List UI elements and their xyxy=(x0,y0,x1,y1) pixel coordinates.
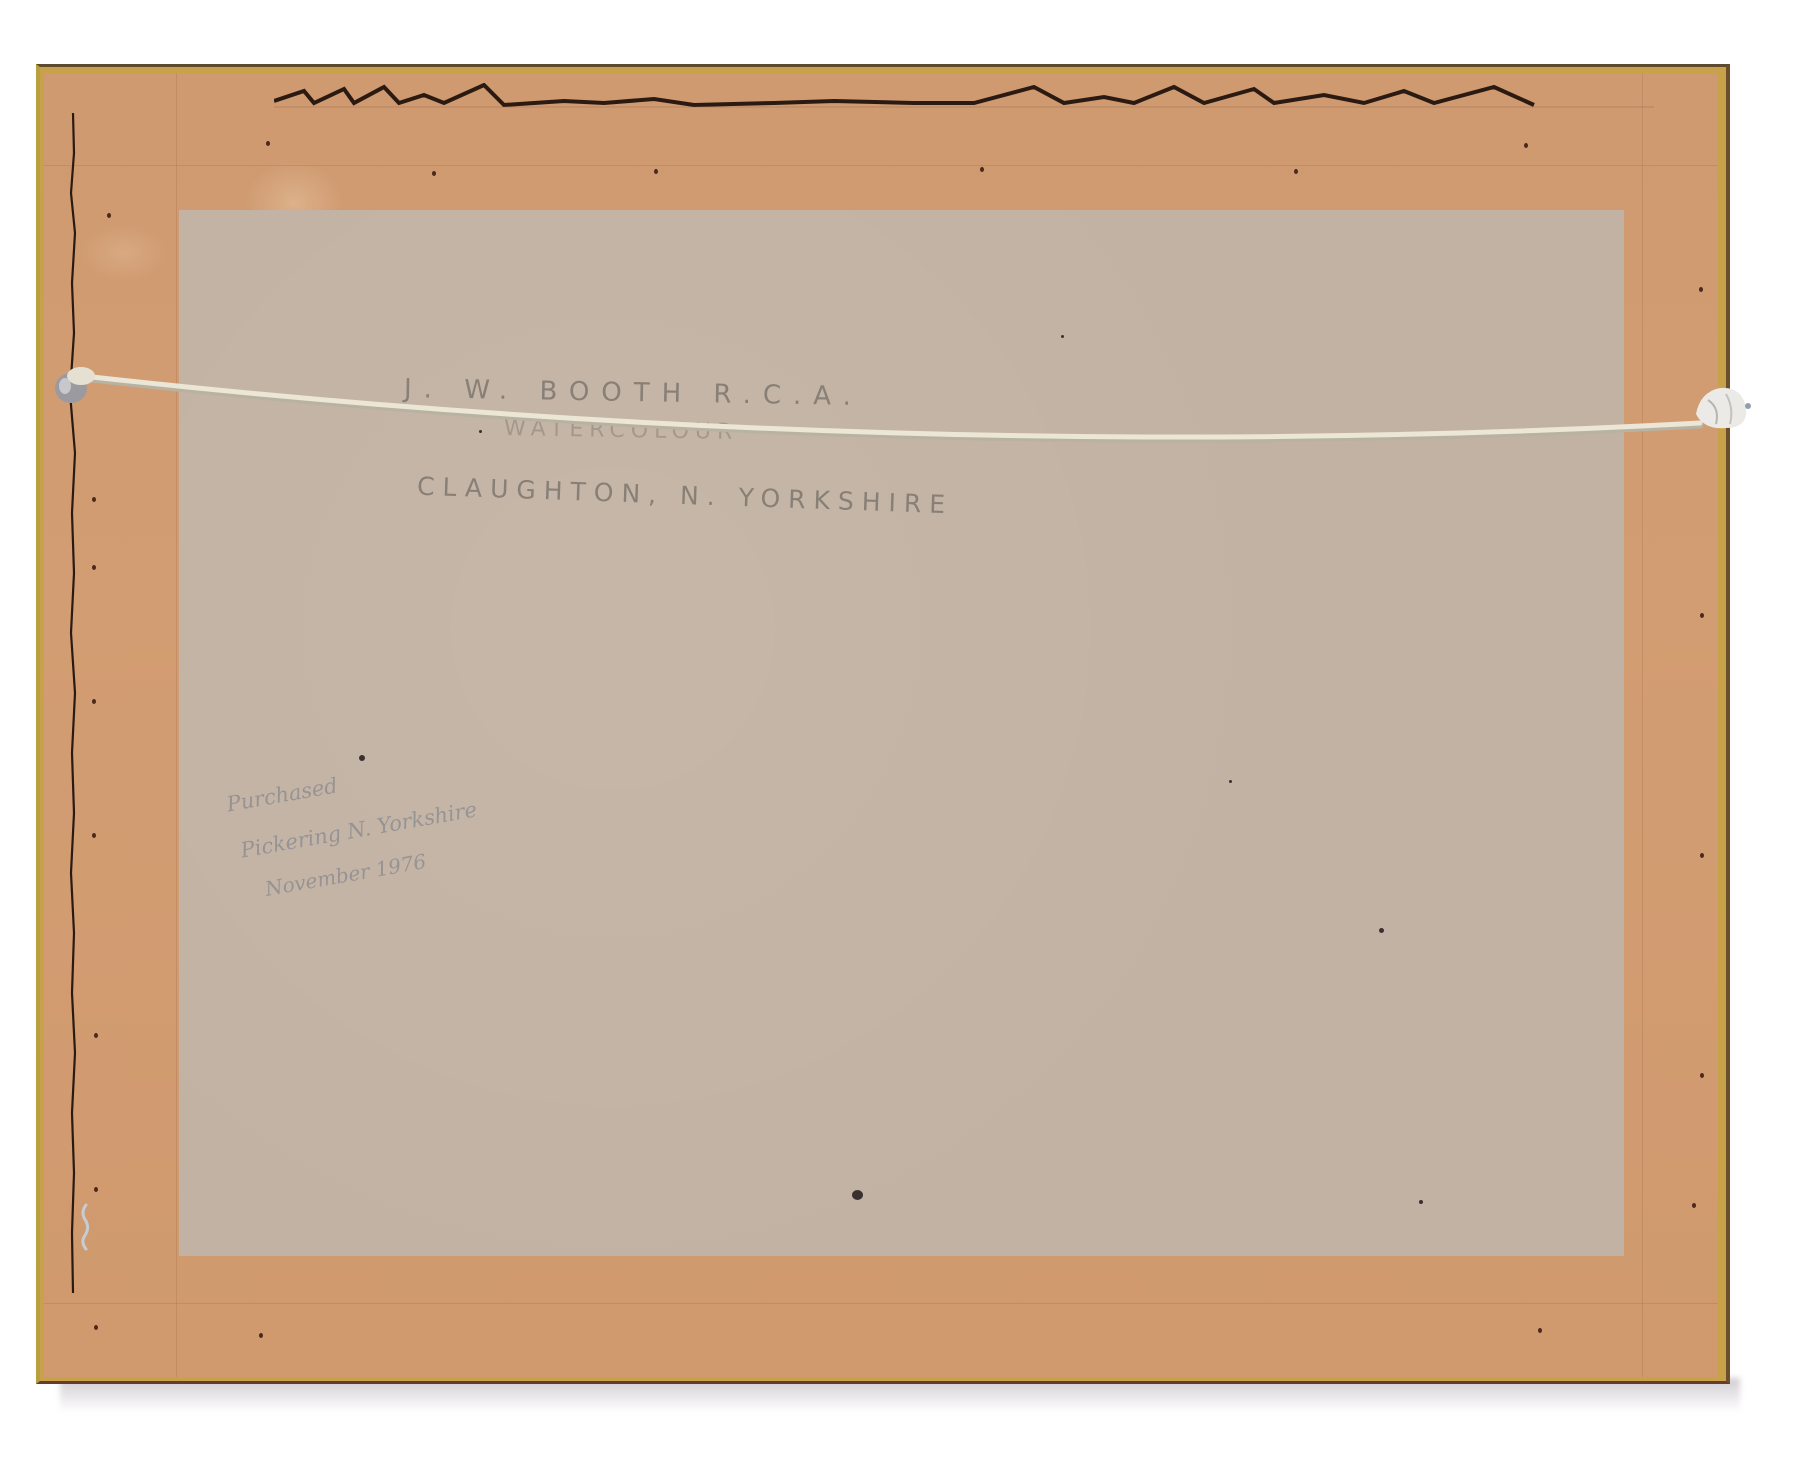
inscription-medium: WATERCOLOUR xyxy=(504,416,739,445)
pin-hole xyxy=(432,171,436,176)
torn-tape-top-edge xyxy=(274,83,1654,111)
pin-hole xyxy=(92,565,96,570)
board-speck xyxy=(1419,1200,1423,1204)
pin-hole xyxy=(266,141,270,146)
pin-hole xyxy=(94,1033,98,1038)
board-speck xyxy=(359,755,365,761)
pin-hole xyxy=(1700,1073,1704,1078)
pin-hole xyxy=(259,1333,263,1338)
pin-hole xyxy=(107,213,111,218)
board-speck xyxy=(1229,780,1232,783)
left-screw-eye-knot xyxy=(45,362,103,408)
pin-hole xyxy=(1294,169,1298,174)
board-speck xyxy=(852,1190,863,1200)
pin-hole xyxy=(1700,613,1704,618)
tape-seam-top xyxy=(44,165,1718,166)
tape-seam-left xyxy=(176,73,177,1377)
backing-board xyxy=(179,210,1624,1256)
pin-hole xyxy=(92,699,96,704)
pin-hole xyxy=(1524,143,1528,148)
pin-hole xyxy=(1692,1203,1696,1208)
board-speck xyxy=(479,430,482,433)
pin-hole xyxy=(94,1325,98,1330)
right-screw-eye-knot xyxy=(1690,378,1756,434)
split-tape-left-edge xyxy=(66,93,80,1353)
pin-hole xyxy=(94,1187,98,1192)
tape-seam-right xyxy=(1642,73,1643,1377)
tape-seam-bottom xyxy=(44,1303,1718,1304)
pin-hole xyxy=(92,497,96,502)
kraft-paper-backing: J. W. BOOTH R.C.A. WATERCOLOUR CLAUGHTON… xyxy=(44,73,1718,1377)
pin-hole xyxy=(980,167,984,172)
board-speck xyxy=(1379,928,1384,933)
pin-hole xyxy=(92,833,96,838)
picture-frame-back: J. W. BOOTH R.C.A. WATERCOLOUR CLAUGHTON… xyxy=(36,64,1730,1384)
pin-hole xyxy=(1700,853,1704,858)
wire-hook-icon xyxy=(78,1203,92,1251)
board-speck xyxy=(1061,335,1064,338)
photo-scene: J. W. BOOTH R.C.A. WATERCOLOUR CLAUGHTON… xyxy=(0,0,1800,1464)
pin-hole xyxy=(654,169,658,174)
pin-hole xyxy=(1538,1328,1542,1333)
pin-hole xyxy=(1699,287,1703,292)
